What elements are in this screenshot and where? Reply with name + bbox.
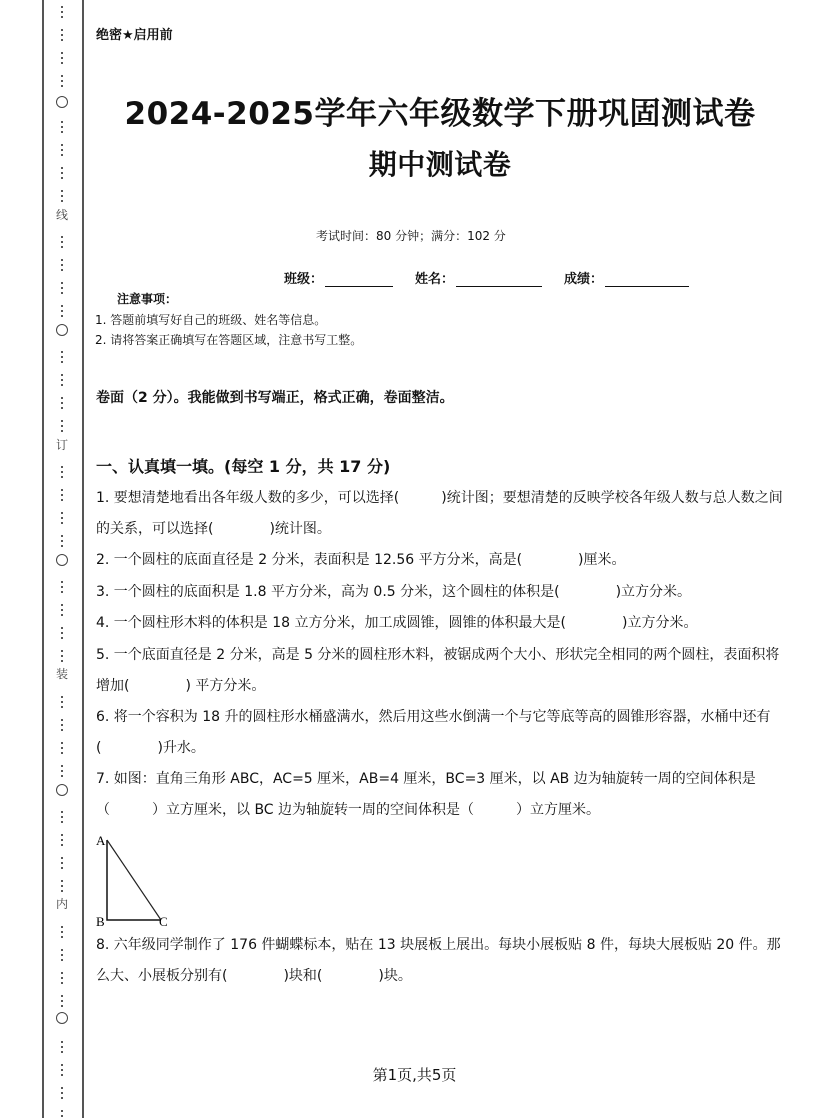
exam-title: 2024-2025学年六年级数学下册巩固测试卷 bbox=[100, 88, 780, 133]
exam-subtitle: 期中测试卷 bbox=[100, 143, 780, 183]
vertex-c-label: C bbox=[159, 914, 168, 929]
binding-dots bbox=[61, 282, 64, 297]
binding-dots bbox=[61, 1041, 64, 1056]
exam-info: 考试时间：80 分钟；满分：102 分 bbox=[316, 227, 506, 244]
score-input-line[interactable] bbox=[605, 274, 689, 287]
binding-dots bbox=[61, 581, 64, 596]
binding-dots bbox=[61, 857, 64, 872]
neatness-statement: 卷面（2 分）。我能做到书写端正，格式正确，卷面整洁。 bbox=[96, 387, 454, 407]
binding-dots bbox=[61, 397, 64, 412]
binding-dots bbox=[61, 75, 64, 90]
class-input-line[interactable] bbox=[325, 274, 393, 287]
binding-dots bbox=[61, 489, 64, 504]
class-label: 班级： bbox=[284, 268, 323, 287]
question-4: 4. 一个圆柱形木料的体积是 18 立方分米，加工成圆锥，圆锥的体积最大是( )… bbox=[96, 608, 786, 639]
binding-dots bbox=[61, 926, 64, 941]
triangle-figure: A B C bbox=[95, 830, 185, 934]
binding-dots bbox=[61, 765, 64, 780]
question-8: 8. 六年级同学制作了 176 件蝴蝶标本，贴在 13 块展板上展出。每块小展板… bbox=[96, 930, 786, 992]
binding-dots bbox=[61, 259, 64, 274]
binding-dots bbox=[61, 811, 64, 826]
binding-circle-icon bbox=[56, 554, 68, 566]
binding-dots bbox=[61, 512, 64, 527]
question-6: 6. 将一个容积为 18 升的圆柱形水桶盛满水，然后用这些水倒满一个与它等底等高… bbox=[96, 702, 786, 764]
note-item: 2. 请将答案正确填写在答题区域，注意书写工整。 bbox=[95, 331, 362, 348]
binding-dots bbox=[61, 167, 64, 182]
binding-dots bbox=[61, 52, 64, 67]
binding-dots bbox=[61, 190, 64, 205]
binding-strip: 线 订 装 内 bbox=[43, 0, 82, 1118]
question-2: 2. 一个圆柱的底面直径是 2 分米，表面积是 12.56 平方分米，高是( )… bbox=[96, 545, 786, 576]
binding-line-inner bbox=[82, 0, 84, 1118]
binding-dots bbox=[61, 719, 64, 734]
vertex-a-label: A bbox=[96, 833, 106, 848]
name-label: 姓名： bbox=[415, 268, 454, 287]
note-item: 1. 答题前填写好自己的班级、姓名等信息。 bbox=[95, 311, 326, 328]
page-indicator: 第1页,共5页 bbox=[0, 1064, 829, 1085]
confidential-label: 绝密★启用前 bbox=[96, 24, 173, 43]
binding-circle-icon bbox=[56, 96, 68, 108]
binding-dots bbox=[61, 627, 64, 642]
binding-dots bbox=[61, 696, 64, 711]
binding-dots bbox=[61, 972, 64, 987]
class-field[interactable]: 班级： bbox=[284, 268, 393, 287]
question-3: 3. 一个圆柱的底面积是 1.8 平方分米，高为 0.5 分米，这个圆柱的体积是… bbox=[96, 577, 786, 608]
binding-dots bbox=[61, 374, 64, 389]
binding-dots bbox=[61, 1087, 64, 1102]
score-label: 成绩： bbox=[564, 268, 603, 287]
binding-dots bbox=[61, 604, 64, 619]
binding-dots bbox=[61, 420, 64, 435]
strip-label-zhuang: 装 bbox=[54, 667, 70, 681]
binding-dots bbox=[61, 535, 64, 550]
binding-circle-icon bbox=[56, 784, 68, 796]
binding-dots bbox=[61, 466, 64, 481]
binding-dots bbox=[61, 742, 64, 757]
binding-dots bbox=[61, 1110, 64, 1118]
section-title: 一、认真填一填。(每空 1 分，共 17 分) bbox=[96, 454, 390, 477]
question-7: 7. 如图：直角三角形 ABC，AC=5 厘米，AB=4 厘米，BC=3 厘米，… bbox=[96, 764, 786, 826]
strip-label-xian: 线 bbox=[54, 208, 70, 222]
binding-dots bbox=[61, 834, 64, 849]
score-field[interactable]: 成绩： bbox=[564, 268, 689, 287]
name-field[interactable]: 姓名： bbox=[415, 268, 542, 287]
student-fields: 班级： 姓名： 成绩： bbox=[284, 268, 711, 287]
binding-dots bbox=[61, 144, 64, 159]
strip-label-ding: 订 bbox=[54, 438, 70, 452]
notes-heading: 注意事项： bbox=[117, 290, 177, 307]
vertex-b-label: B bbox=[96, 914, 105, 929]
strip-label-nei: 内 bbox=[54, 897, 70, 911]
question-1: 1. 要想清楚地看出各年级人数的多少，可以选择( )统计图；要想清楚的反映学校各… bbox=[96, 483, 786, 545]
binding-dots bbox=[61, 121, 64, 136]
name-input-line[interactable] bbox=[456, 274, 542, 287]
binding-dots bbox=[61, 305, 64, 320]
binding-dots bbox=[61, 949, 64, 964]
binding-dots bbox=[61, 6, 64, 21]
binding-dots bbox=[61, 650, 64, 665]
binding-dots bbox=[61, 29, 64, 44]
binding-circle-icon bbox=[56, 1012, 68, 1024]
question-5: 5. 一个底面直径是 2 分米，高是 5 分米的圆柱形木料，被锯成两个大小、形状… bbox=[96, 640, 786, 702]
binding-dots bbox=[61, 351, 64, 366]
binding-dots bbox=[61, 995, 64, 1010]
binding-dots bbox=[61, 236, 64, 251]
binding-circle-icon bbox=[56, 324, 68, 336]
binding-dots bbox=[61, 880, 64, 895]
